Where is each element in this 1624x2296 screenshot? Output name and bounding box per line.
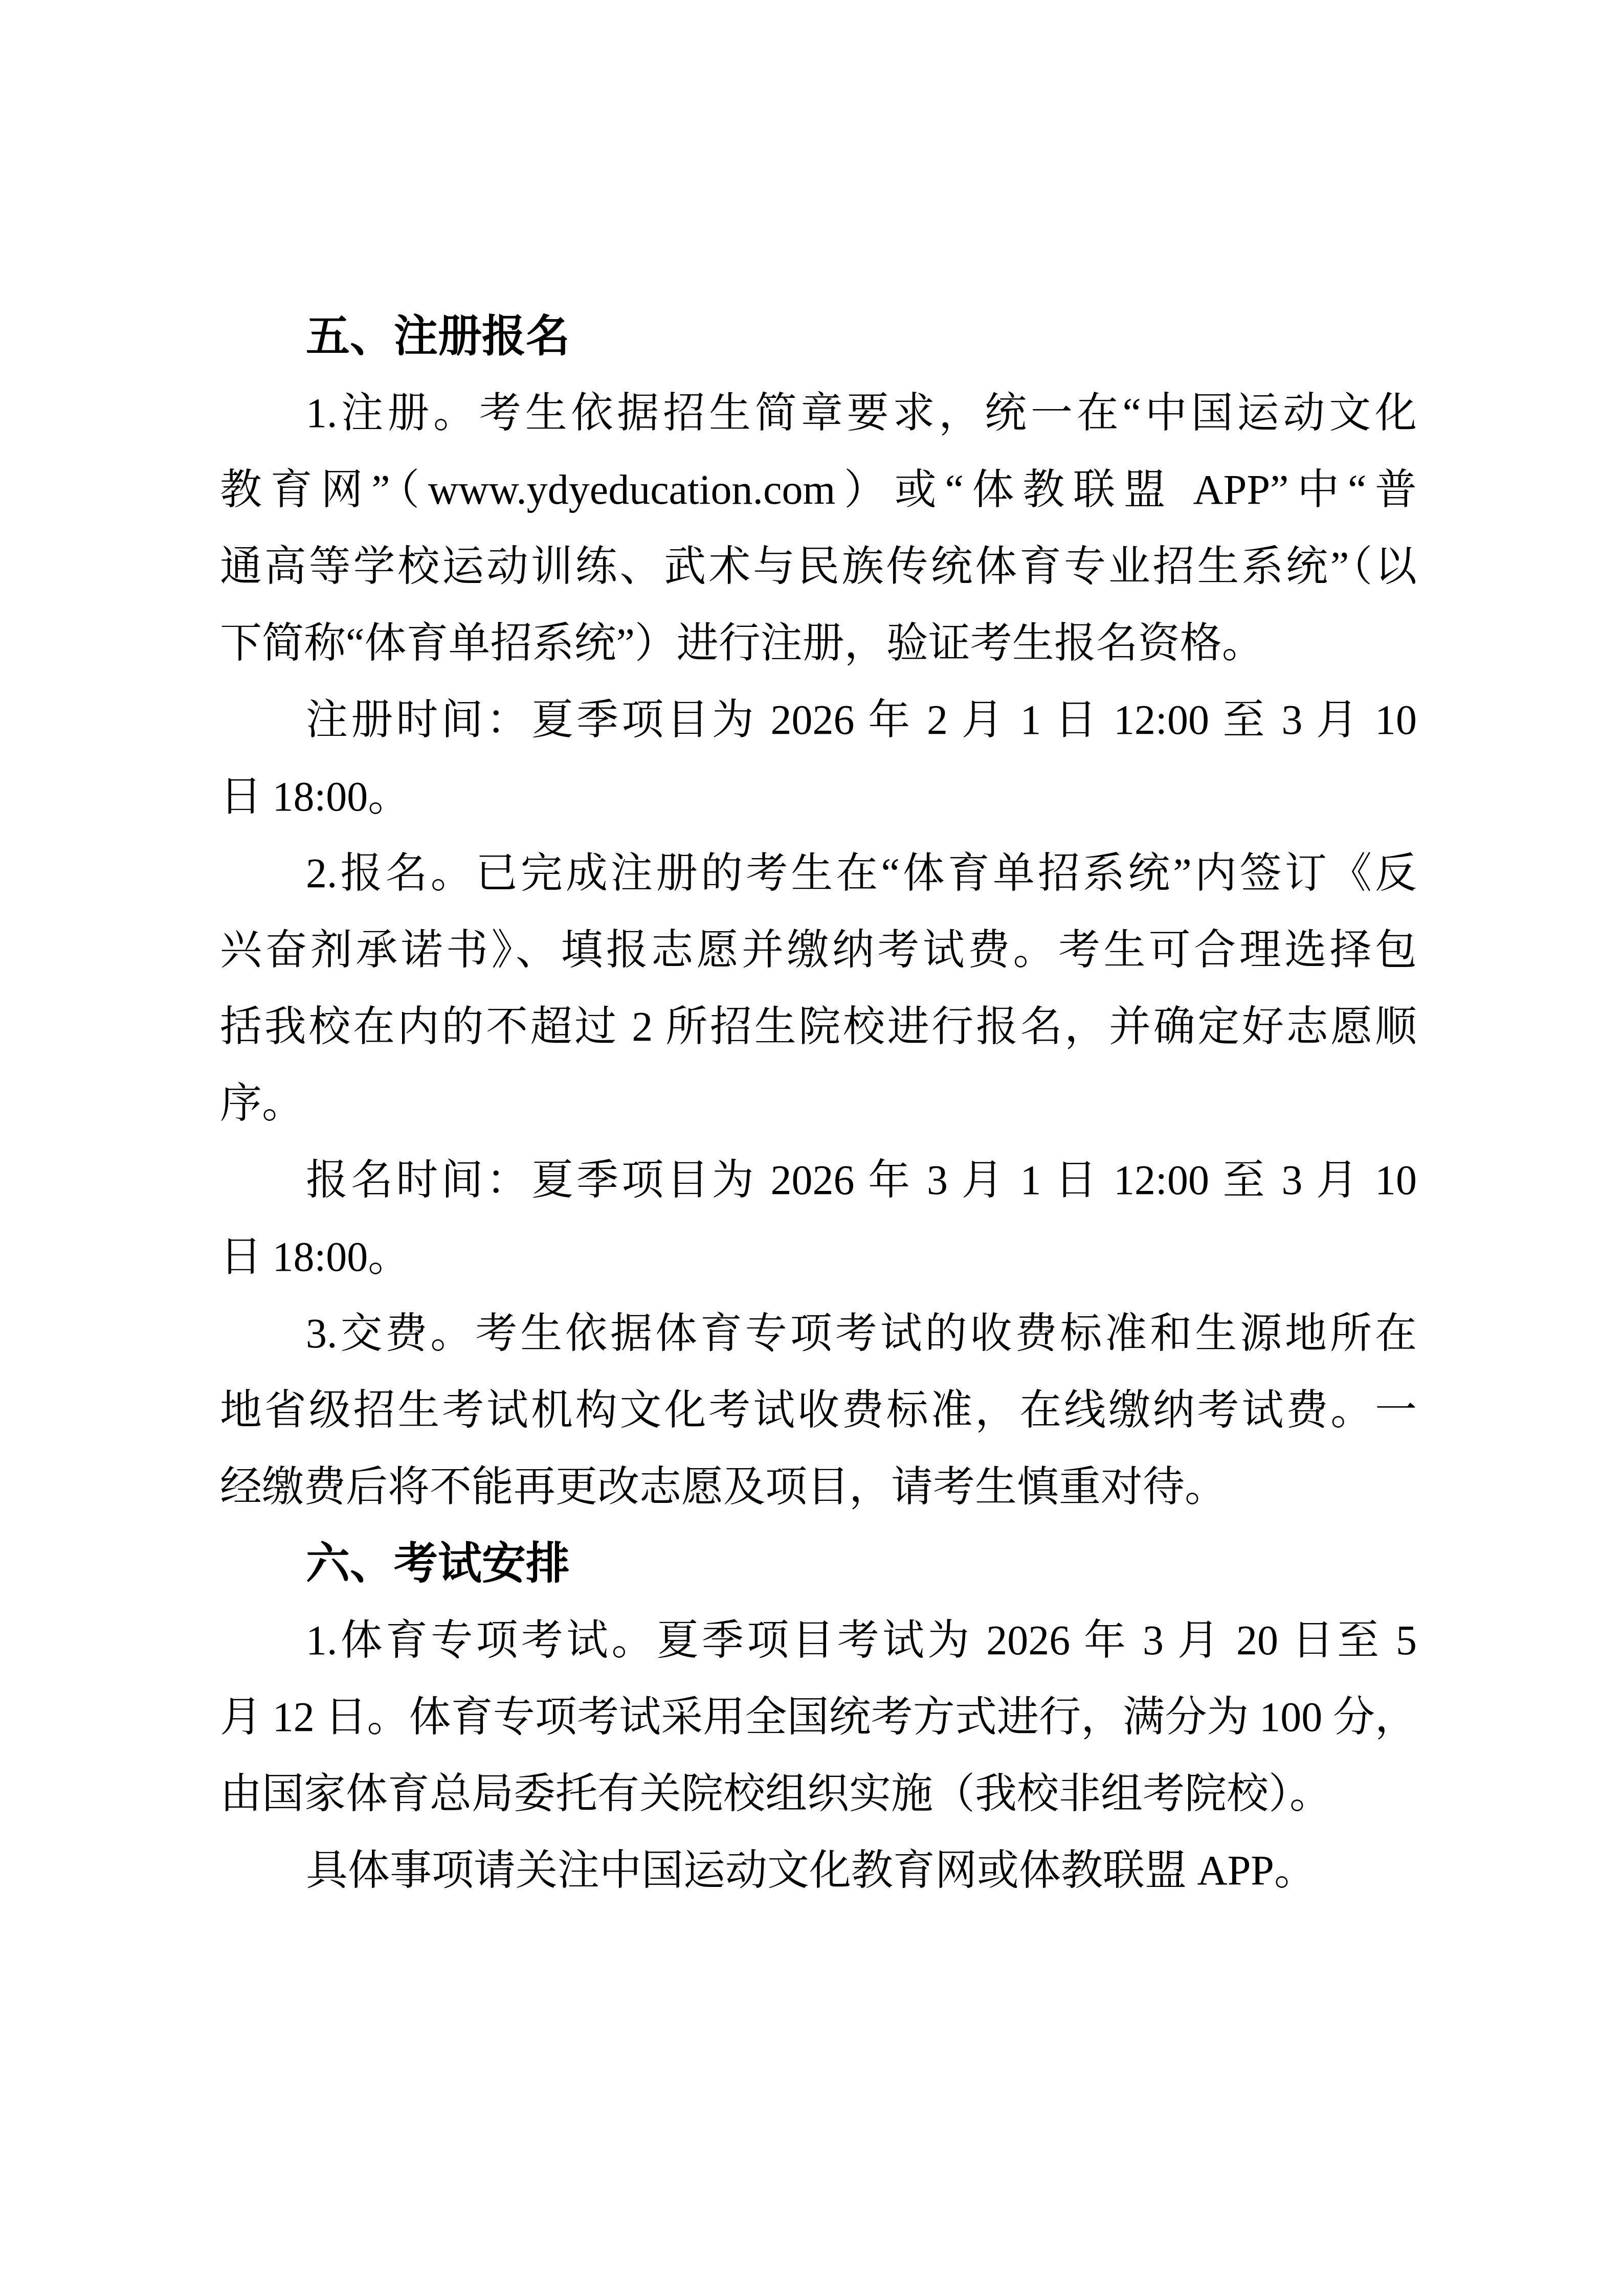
paragraph-line: 序。	[220, 1065, 1417, 1142]
paragraph-line: 日 18:00。	[220, 758, 1417, 835]
paragraph-line: 注册时间：夏季项目为 2026 年 2 月 1 日 12:00 至 3 月 10	[220, 682, 1417, 758]
section-heading: 五、注册报名	[220, 298, 1417, 375]
paragraph-line: 具体事项请关注中国运动文化教育网或体教联盟 APP。	[220, 1832, 1417, 1909]
paragraph-line: 下简称“体育单招系统”）进行注册，验证考生报名资格。	[220, 605, 1417, 682]
paragraph-line: 括我校在内的不超过 2 所招生院校进行报名，并确定好志愿顺	[220, 988, 1417, 1065]
paragraph-line: 兴奋剂承诺书》、填报志愿并缴纳考试费。考生可合理选择包	[220, 912, 1417, 988]
paragraph-line: 1.注册。考生依据招生简章要求，统一在“中国运动文化	[220, 375, 1417, 452]
paragraph-line: 1.体育专项考试。夏季项目考试为 2026 年 3 月 20 日至 5	[220, 1602, 1417, 1679]
paragraph-line: 2.报名。已完成注册的考生在“体育单招系统”内签订《反	[220, 835, 1417, 912]
paragraph-line: 地省级招生考试机构文化考试收费标准，在线缴纳考试费。一	[220, 1372, 1417, 1449]
document-content: 五、注册报名1.注册。考生依据招生简章要求，统一在“中国运动文化教育网”（www…	[220, 298, 1417, 1909]
paragraph-line: 报名时间：夏季项目为 2026 年 3 月 1 日 12:00 至 3 月 10	[220, 1142, 1417, 1219]
paragraph-line: 3.交费。考生依据体育专项考试的收费标准和生源地所在	[220, 1295, 1417, 1372]
document-page: 五、注册报名1.注册。考生依据招生简章要求，统一在“中国运动文化教育网”（www…	[0, 0, 1624, 2296]
paragraph-line: 经缴费后将不能再更改志愿及项目，请考生慎重对待。	[220, 1449, 1417, 1525]
paragraph-line: 由国家体育总局委托有关院校组织实施（我校非组考院校）。	[220, 1755, 1417, 1832]
paragraph-line: 月 12 日。体育专项考试采用全国统考方式进行，满分为 100 分，	[220, 1679, 1417, 1755]
paragraph-line: 教育网”（www.ydyeducation.com）或“体教联盟 APP”中“普	[220, 452, 1417, 528]
section-heading: 六、考试安排	[220, 1525, 1417, 1602]
paragraph-line: 通高等学校运动训练、武术与民族传统体育专业招生系统”（以	[220, 528, 1417, 605]
paragraph-line: 日 18:00。	[220, 1219, 1417, 1295]
